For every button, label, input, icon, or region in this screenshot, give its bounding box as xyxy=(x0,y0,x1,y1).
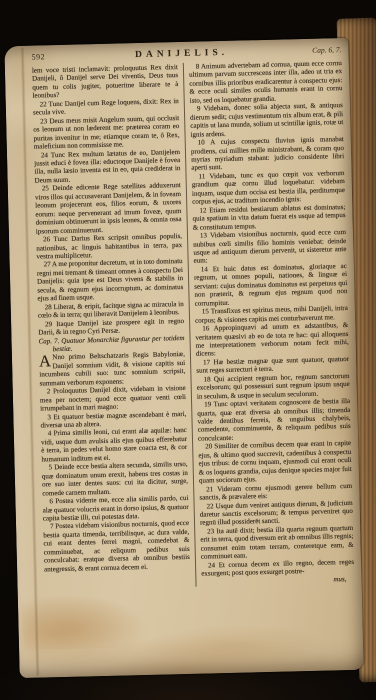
verse-paragraph: 19 Tunc optavi veritatem cognoscere de b… xyxy=(197,397,351,443)
two-column-text: lem voce tristi inclamavit: proloquutus … xyxy=(32,59,355,590)
verse-paragraph: 2 Proloquutus Danijel dixit, videbam in … xyxy=(40,384,187,413)
verse-paragraph: 14 Et huic datus est dominatus, gloriaqu… xyxy=(194,262,348,308)
text-column-right: 8 Animum advertebam ad cornua, quum ecce… xyxy=(183,59,355,586)
book-photo: 592 DANIJELIS. Cap. 6, 7. lem voce trist… xyxy=(0,0,376,700)
drop-cap-initial: A xyxy=(39,354,53,370)
verse-paragraph: 10 A cujus conspectu fluvius ignis manab… xyxy=(191,135,345,173)
book-page: 592 DANIJELIS. Cap. 6, 7. lem voce trist… xyxy=(4,38,363,678)
verse-paragraph: 23 Deus meus misit Angelum suum, qui occ… xyxy=(33,114,180,151)
verse-paragraph: lem voce tristi inclamavit: proloquutus … xyxy=(32,63,179,100)
verse-paragraph: 6 Postea vidente me, ecce alia similis p… xyxy=(42,494,189,523)
verse-paragraph: 11 Videbam, tunc ex quo cœpit vox verbor… xyxy=(191,169,345,207)
verse-paragraph: 20 Similiter de cornibus decem quæ erant… xyxy=(198,439,352,485)
page-number: 592 xyxy=(31,52,73,62)
verse-paragraph: 13 Videbam visionibus nocturnis, quod ec… xyxy=(193,228,347,266)
verse-paragraph: 23 Ita autē dixit; bestia illa quarta re… xyxy=(200,524,354,562)
chapter-reference: Cap. 6, 7. xyxy=(289,45,341,55)
verse-paragraph: 16 Appropinquavi ad unum ex adstantibus,… xyxy=(195,321,349,359)
verse-paragraph: 27 A me proponitur decretum, ut in toto … xyxy=(37,257,184,303)
running-title: DANIJELIS. xyxy=(73,46,289,61)
verse-paragraph: 18 Qui accipient regnum hoc, regnum sanc… xyxy=(196,372,350,401)
verse-paragraph: 5 Deinde ecce bestia altera secunda, sim… xyxy=(42,460,189,497)
verse-paragraph: 7 Postea videbam visionibus nocturnis, q… xyxy=(43,519,190,573)
verse-paragraph: 24 Tunc Rex multum lætatus de eo, Danije… xyxy=(34,148,181,185)
verse-paragraph: 8 Animum advertebam ad cornua, quum ecce… xyxy=(189,59,343,105)
verse-paragraph: 22 Usque dum veniret antiquus dierum, & … xyxy=(200,498,354,527)
verse-paragraph: 26 Tunc Darius Rex scripsit omnibus popu… xyxy=(36,232,183,261)
text-column-left: lem voce tristi inclamavit: proloquutus … xyxy=(32,63,191,590)
verse-paragraph: ANno primo Beltschatzaris Regis Babyloni… xyxy=(39,350,186,387)
text-block: 592 DANIJELIS. Cap. 6, 7. lem voce trist… xyxy=(31,45,356,677)
verse-paragraph: 25 Deinde edicente Rege satellites addux… xyxy=(35,181,182,235)
verse-paragraph: 4 Prima similis leoni, cui erant alæ aqu… xyxy=(41,426,188,463)
verse-paragraph: 9 Videbam, donec solia abjecta sunt, & a… xyxy=(190,101,344,139)
verse-paragraph: 12 Etiam residui bestiarum ablatus est d… xyxy=(192,203,346,232)
